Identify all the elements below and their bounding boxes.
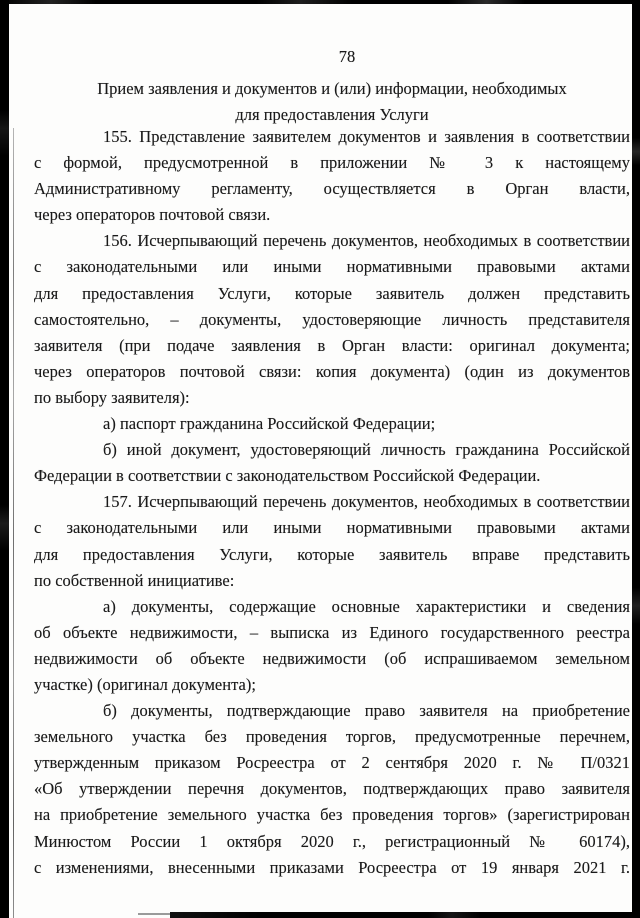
text-line: через операторов почтовой связи: копия д…: [34, 359, 630, 385]
text-line: с законодательными или иными нормативным…: [34, 254, 630, 280]
scan-border-top: [0, 0, 640, 4]
list-item-b-157: б) документы, подтверждающие право заяви…: [34, 698, 630, 881]
page-edge-shadow-left: [13, 128, 14, 918]
text-line: с законодательными или иными нормативным…: [34, 515, 630, 541]
text-line: 155. Представление заявителем документов…: [34, 124, 630, 150]
list-item-a-156: а) паспорт гражданина Российской Федерац…: [34, 411, 630, 437]
text-line: Федерации в соответствии с законодательс…: [34, 463, 630, 489]
paragraph-156: 156. Исчерпывающий перечень документов, …: [34, 228, 630, 411]
page-number: 78: [49, 44, 640, 70]
text-line: для предоставления Услуги, которые заяви…: [34, 542, 630, 568]
scan-border-left: [0, 0, 9, 918]
section-heading: Прием заявления и документов и (или) инф…: [34, 76, 630, 128]
list-item-a-157: а) документы, содержащие основные характ…: [34, 594, 630, 698]
text-line: б) иной документ, удостоверяющий личност…: [34, 437, 630, 463]
text-line: по собственной инициативе:: [34, 568, 630, 594]
paragraph-155: 155. Представление заявителем документов…: [34, 124, 630, 228]
scan-border-right: [632, 0, 640, 918]
text-line: на приобретение земельного участка без п…: [34, 802, 630, 828]
text-line: для предоставления Услуги, которые заяви…: [34, 281, 630, 307]
text-line: через операторов почтовой связи.: [34, 202, 630, 228]
document-body: 155. Представление заявителем документов…: [34, 124, 630, 881]
text-line: а) документы, содержащие основные характ…: [34, 594, 630, 620]
text-line: самостоятельно, – документы, удостоверяю…: [34, 307, 630, 333]
text-line: Административному регламенту, осуществля…: [34, 176, 630, 202]
text-line: утвержденным приказом Росреестра от 2 се…: [34, 750, 630, 776]
text-line: по выбору заявителя):: [34, 385, 630, 411]
text-line: участке) (оригинал документа);: [34, 672, 630, 698]
text-line: земельного участка без проведения торгов…: [34, 724, 630, 750]
text-line: недвижимости об объекте недвижимости (об…: [34, 646, 630, 672]
text-line: с формой, предусмотренной в приложении №…: [34, 150, 630, 176]
text-line: заявителя (при подаче заявления в Орган …: [34, 333, 630, 359]
text-line: 156. Исчерпывающий перечень документов, …: [34, 228, 630, 254]
text-line: с изменениями, внесенными приказами Роср…: [34, 855, 630, 881]
list-item-b-156: б) иной документ, удостоверяющий личност…: [34, 437, 630, 489]
section-heading-line: Прием заявления и документов и (или) инф…: [34, 76, 630, 102]
scanned-page: 78 Прием заявления и документов и (или) …: [0, 0, 640, 918]
text-line: Минюстом России 1 октября 2020 г., регис…: [34, 829, 630, 855]
text-line: б) документы, подтверждающие право заяви…: [34, 698, 630, 724]
text-line: а) паспорт гражданина Российской Федерац…: [34, 411, 630, 437]
text-line: «Об утверждении перечня документов, подт…: [34, 776, 630, 802]
scan-border-bottom: [170, 912, 640, 918]
text-line: об объекте недвижимости, – выписка из Ед…: [34, 620, 630, 646]
paragraph-157: 157. Исчерпывающий перечень документов, …: [34, 489, 630, 593]
page-edge-shadow-bottom: [138, 913, 172, 915]
text-line: 157. Исчерпывающий перечень документов, …: [34, 489, 630, 515]
